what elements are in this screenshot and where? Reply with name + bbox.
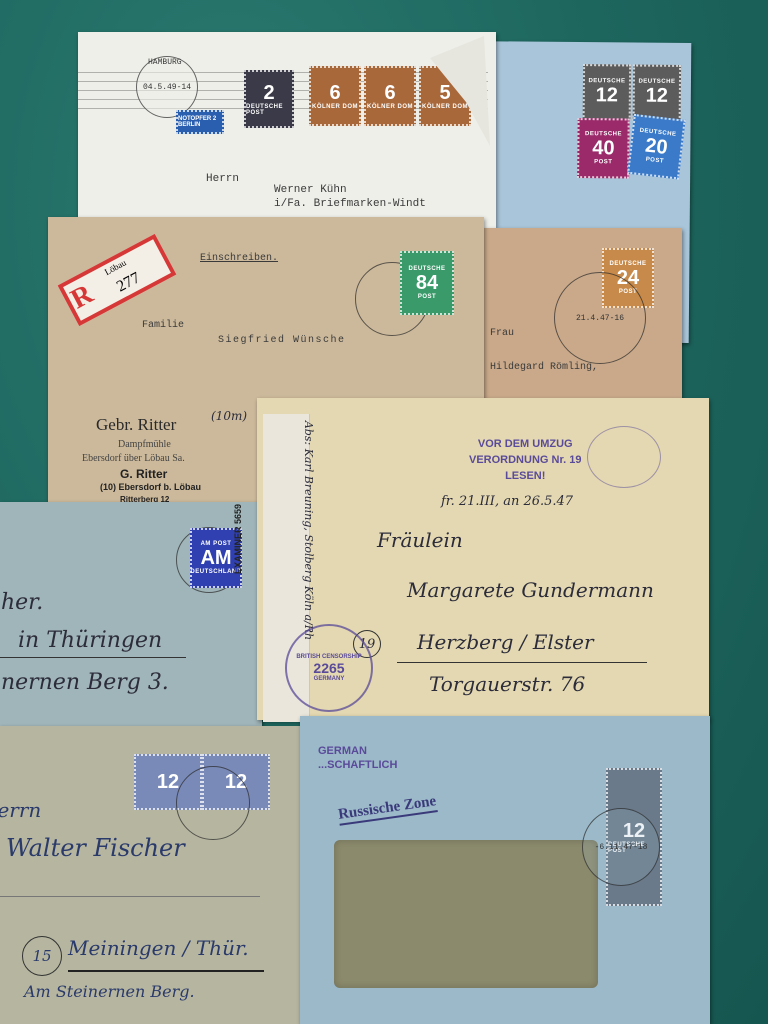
sender-address: (10) Ebersdorf b. Löbau xyxy=(100,482,201,492)
zone-stamp: Russische Zone xyxy=(337,793,437,826)
stamp-12-a: DEUTSCHE 12 xyxy=(583,64,631,120)
address-window xyxy=(334,840,598,988)
address-line-1: ...her. xyxy=(0,590,43,615)
sender-owner: G. Ritter xyxy=(120,467,167,481)
envelope-censored: VOR DEM UMZUG VERORDNUNG Nr. 19 LESEN! f… xyxy=(257,398,709,720)
postmark-bad-elster: 21.4.47-16 xyxy=(554,272,646,364)
city: Herzberg / Elster xyxy=(417,630,594,654)
censor-tape-handwriting: Abs: Karl Breuning, Stolberg Köln a/Rh xyxy=(302,421,315,640)
sender-line2: Ebersdorf über Löbau Sa. xyxy=(82,453,185,464)
envelope-bad-elster: DEUTSCHE 24 POST 21.4.47-16 Frau Hildega… xyxy=(470,228,682,408)
circled-number: 15 xyxy=(22,936,62,976)
postmark-faded xyxy=(587,426,661,488)
address-line-2: in Thüringen xyxy=(18,628,162,653)
stamp-12-b: DEUTSCHE 12 xyxy=(633,65,681,121)
envelope-thueringen: AM POST AM DEUTSCHLAND ...her. in Thürin… xyxy=(0,502,262,727)
addressee: Walter Fischer xyxy=(6,834,185,862)
stamp-84: DEUTSCHE 84 POST xyxy=(400,251,454,315)
stamp-koelner-dom-1: 6 KÖLNER DOM xyxy=(309,66,361,126)
stamp-koelner-dom-2: 6 KÖLNER DOM xyxy=(364,66,416,126)
addressee: Hildegard Römling, xyxy=(490,362,598,373)
street: Am Steinernen Berg. xyxy=(24,982,195,1001)
registration-number: 277 xyxy=(114,269,144,296)
addressee: Margarete Gundermann xyxy=(407,578,654,602)
underline xyxy=(0,657,186,658)
registration-label: R Löbau 277 xyxy=(58,234,177,326)
stamp-notopfer-berlin: NOTOPFER 2 BERLIN xyxy=(176,110,224,134)
registration-letter: R xyxy=(66,278,99,316)
stamp-20: DEUTSCHE 20 POST xyxy=(627,114,685,180)
city-underline xyxy=(68,970,264,972)
envelope-walter-fischer: 12 12 Herrn Walter Fischer 15 Meiningen … xyxy=(0,726,304,1024)
handwritten-note: (10m) xyxy=(211,409,247,423)
stamp-2pf: 2 DEUTSCHE POST xyxy=(244,70,294,128)
postmark-fischer xyxy=(176,766,250,840)
address-line-blank xyxy=(0,896,260,897)
violet-header: GERMAN ...SCHAFTLICH xyxy=(318,744,397,772)
sender-firm: Gebr. Ritter xyxy=(96,415,176,435)
addressee-name: Werner Kühn xyxy=(274,184,347,196)
header-einschreiben: Einschreiben. xyxy=(200,253,278,264)
stamp-40: DEUTSCHE 40 POST xyxy=(577,118,630,178)
salutation: Fräulein xyxy=(377,528,463,552)
addressee: Siegfried Wünsche xyxy=(218,335,346,346)
violet-notice-stamp: VOR DEM UMZUG VERORDNUNG Nr. 19 LESEN! xyxy=(469,436,581,484)
address-line-3: ...nernen Berg 3. xyxy=(0,670,169,695)
envelope-koeln-window: GERMAN ...SCHAFTLICH Russische Zone 12 D… xyxy=(300,716,710,1024)
postmark-city: HAMBURG xyxy=(148,58,182,67)
salutation: Herrn xyxy=(0,798,41,822)
sender-line1: Dampfmühle xyxy=(118,439,171,450)
city-underline xyxy=(397,662,647,663)
censor-stamp-british: BRITISH CENSORSHIP 2265 GERMANY xyxy=(285,624,373,712)
envelope-hamburg: 04.5.49-14 HAMBURG NOTOPFER 2 BERLIN 2 D… xyxy=(78,32,496,228)
postmark-koeln: -6.11.47-18 xyxy=(582,808,660,886)
salutation: Herrn xyxy=(206,173,239,185)
city: Meiningen / Thür. xyxy=(68,936,249,960)
salutation: Frau xyxy=(490,328,514,339)
addressee-firm: i/Fa. Briefmarken-Windt xyxy=(274,198,426,210)
salutation: Familie xyxy=(142,320,184,331)
censor-tape-label: EXAMINER 5659 xyxy=(233,504,243,574)
handwritten-note: fr. 21.III, an 26.5.47 xyxy=(441,494,573,509)
street: Torgauerstr. 76 xyxy=(429,672,585,696)
